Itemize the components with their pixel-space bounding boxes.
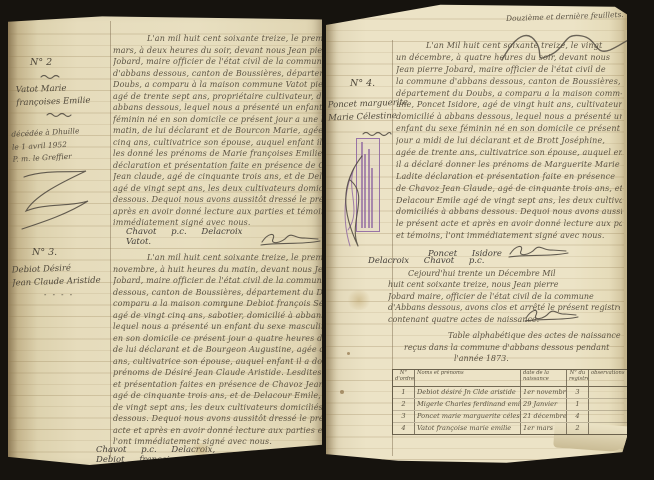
handwritten-line: Cejourd'hui trente un Décembre Mil	[388, 268, 620, 279]
handwritten-line: il a déclaré donner les prénoms de Margu…	[396, 159, 622, 171]
handwritten-line: les donné les prénoms de Marie françoise…	[113, 148, 323, 160]
act3-body: L'an mil huit cent soixante treize, le p…	[113, 252, 325, 448]
act4-witness-names: Delacroix Chavot p.c.	[368, 256, 484, 266]
act3-margin-names: Debiot DésiréJean Claude Aristide	[12, 261, 101, 290]
act4-signature-2: Delacroix Chavot p.c.	[368, 256, 484, 266]
handwritten-line: Jean pierre Jobard, maire officier de l'…	[396, 64, 622, 76]
handwritten-line: Table alphabétique des actes de naissanc…	[404, 330, 630, 342]
jobard-signature-icon	[508, 243, 570, 259]
handwritten-line: agé de vingt sept ans, les deux cultivat…	[113, 183, 323, 195]
handwritten-line: l'année 1873.	[404, 353, 630, 365]
handwritten-line: ans, cultivatrice son épouse, auquel enf…	[113, 356, 325, 368]
handwritten-line: agé de cinquante trois ans, et de Delaco…	[113, 390, 325, 402]
act2-signatures: Chavot p.c. Delacroix Vatot.	[126, 227, 322, 247]
column-header-order: N° d'ordre	[393, 370, 415, 386]
table-cell: 3	[393, 411, 415, 422]
foxing-dot	[347, 352, 350, 355]
handwritten-line: prénoms de Désiré Jean Claude Aristide. …	[113, 367, 325, 379]
handwritten-line: agée de trente ans, cultivatrice son épo…	[396, 147, 622, 159]
handwritten-line: matin, de lui déclarant et de Bourcon Ma…	[113, 125, 323, 137]
handwritten-line: agé de vingt cinq ans, sabotier, domicil…	[113, 310, 325, 322]
act2-death-mention: décédée à Dhuillele 1 avril 1952P. m. le…	[11, 125, 81, 166]
handwritten-line: agé de trente sept ans, propriétaire cul…	[113, 91, 323, 103]
jobard-signature-icon	[260, 231, 322, 247]
table-cell: Poncet marie marguerite célestine	[415, 411, 521, 422]
handwritten-line: contenant quatre actes de naissance.	[388, 314, 620, 325]
handwritten-line: Jean claude, agé de cinquante trois ans,…	[113, 171, 323, 183]
handwritten-line: une, Poncet Isidore, agé de vingt huit a…	[396, 99, 622, 111]
handwritten-line: Jobard, maire officier de l'état civil d…	[113, 275, 325, 287]
handwritten-line: déclaration et présentation faite en pré…	[113, 160, 323, 172]
table-cell: 1	[393, 387, 415, 398]
act2-signature-names: Chavot p.c. Delacroix Vatot.	[126, 227, 254, 247]
table-cell	[589, 423, 629, 434]
handwritten-line: de Chavoz Jean Claude, agé de cinquante …	[396, 183, 622, 195]
table-cell: 1	[567, 399, 589, 410]
table-cell	[589, 399, 629, 410]
handwritten-line: mars, à deux heures du soir, devant nous…	[113, 45, 323, 57]
handwritten-line: Jobard, maire officier de l'état civil d…	[113, 56, 323, 68]
act2-margin-names: Vatot Mariefrançoises Emilie	[16, 82, 91, 111]
table-body: 1Debiot désiré Jn Clde aristide1er novem…	[393, 387, 629, 434]
stamp-paraph-icon	[328, 150, 378, 250]
handwritten-line: domicilié à abbans dessous, lequel nous …	[396, 111, 622, 123]
handwritten-line: françoises Emilie	[16, 95, 91, 111]
wave-mark-icon	[46, 111, 72, 118]
table-cell	[589, 387, 629, 398]
act3-signature-names: Chavot p.c. Delacroix, Debiot françois	[96, 445, 254, 465]
greffier-paraph-icon	[16, 167, 94, 233]
table-cell: 2	[567, 423, 589, 434]
handwritten-line: dessous, canton de Boussières, départeme…	[113, 287, 325, 299]
foxing-dot	[224, 305, 227, 308]
handwritten-line: abbans dessous, lequel nous a présenté u…	[113, 102, 323, 114]
table-cell: Migerle Charles ferdinand emile	[415, 399, 521, 410]
handwritten-line: Jobard maire, officier de l'état civil d…	[388, 291, 620, 302]
handwritten-line: novembre, à huit heures du matin, devant…	[113, 264, 325, 276]
handwritten-line: L'an mil huit cent soixante treize, le p…	[113, 252, 325, 264]
act2-body: L'an mil huit cent soixante treize, le p…	[113, 33, 323, 229]
wave-mark-icon	[40, 73, 62, 80]
table-cell: 3	[567, 387, 589, 398]
paper-stain	[346, 290, 372, 310]
handwritten-line: cinq ans, cultivatrice son épouse, auque…	[113, 137, 323, 149]
jobard-signature-icon	[260, 449, 322, 465]
handwritten-line: reçus dans la commune d'abbans dessous p…	[404, 342, 630, 354]
table-cell: 4	[393, 423, 415, 434]
handwritten-line: L'an mil huit cent soixante treize, le p…	[113, 33, 323, 45]
table-cell: 2	[393, 399, 415, 410]
handwritten-line: département du Doubs, a comparu a la mai…	[396, 88, 622, 100]
table-cell	[589, 411, 629, 422]
handwritten-line: un décembre, à quatre heures du soir, de…	[396, 52, 622, 64]
table-cell: 29 Janvier	[521, 399, 567, 410]
table-header-row: N° d'ordre Noms et prénoms date de la na…	[393, 370, 629, 387]
folio-note: Douzième et dernière feuillets.	[506, 10, 624, 23]
handwritten-line: et présentation faites en présence de Ch…	[113, 379, 325, 391]
table-cell: 4	[567, 411, 589, 422]
register-photo: N° 2 Vatot Mariefrançoises Emilie décédé…	[0, 0, 654, 480]
handwritten-line: Ladite déclaration et présentation faite…	[396, 171, 622, 183]
table-cell: Vatot françoise marie emilie	[415, 423, 521, 434]
act3-margin-dashes: - - - -	[44, 291, 74, 299]
closing-statement: Cejourd'hui trente un Décembre Milhuit c…	[388, 268, 620, 325]
margin-rule	[110, 21, 111, 457]
handwritten-line: dessous. Dequoi nous avons aussitôt dres…	[113, 194, 323, 206]
handwritten-line: et témoins, l'ont immédiatement signé av…	[396, 230, 622, 242]
wave-mark-icon	[362, 130, 392, 137]
handwritten-line: dessous. Dequoi nous avons aussitôt dres…	[113, 413, 325, 425]
column-header-birthdate: date de la naissance	[521, 370, 567, 386]
act3-margin-number: N° 3.	[32, 247, 57, 258]
column-header-names: Noms et prénoms	[415, 370, 521, 386]
column-header-register: N° du registre	[567, 370, 589, 386]
left-page: N° 2 Vatot Mariefrançoises Emilie décédé…	[8, 15, 322, 465]
handwritten-line: domiciliés à abbans dessous. Dequoi nous…	[396, 206, 622, 218]
table-row: 3Poncet marie marguerite célestine21 déc…	[393, 411, 629, 423]
handwritten-line: jour a midi de lui déclarant et de Brott…	[396, 135, 622, 147]
handwritten-line: lequel nous a présenté un enfant du sexe…	[113, 321, 325, 333]
handwritten-line: comparu a la maison commune Debiot franç…	[113, 298, 325, 310]
handwritten-line: après en avoir donné lecture aux parties…	[113, 206, 323, 218]
handwritten-line: huit cent soixante treize, nous Jean pie…	[388, 279, 620, 290]
handwritten-line: enfant du sexe féminin né en son domicil…	[396, 123, 622, 135]
act2-margin-number: N° 2	[30, 57, 52, 68]
handwritten-line: de lui déclarant et de Bourgeon Augustin…	[113, 344, 325, 356]
handwritten-line: d'abbans dessous, canton de Boussières, …	[113, 68, 323, 80]
handwritten-line: Jean Claude Aristide	[12, 274, 101, 290]
handwritten-line: féminin né en son domicile ce présent jo…	[113, 114, 323, 126]
table-row: 1Debiot désiré Jn Clde aristide1er novem…	[393, 387, 629, 399]
handwritten-line: Delacour Emile agé de vingt sept ans, le…	[396, 195, 622, 207]
table-row: 2Migerle Charles ferdinand emile29 Janvi…	[393, 399, 629, 411]
handwritten-line: en son domicile ce présent jour a quatre…	[113, 333, 325, 345]
birth-acts-table: N° d'ordre Noms et prénoms date de la na…	[392, 369, 630, 435]
handwritten-line: de vingt sept ans, les deux cultivateurs…	[113, 402, 325, 414]
foxing-dot	[340, 390, 344, 394]
table-row: 4Vatot françoise marie emilie1er mars2	[393, 423, 629, 434]
handwritten-line: acte et après en avoir donné lecture aux…	[113, 425, 325, 437]
column-header-observations: observations	[589, 370, 629, 386]
handwritten-line: la commune d'abbans dessous, canton de B…	[396, 76, 622, 88]
table-cell: 21 décembre	[521, 411, 567, 422]
handwritten-line: L'an Mil huit cent soixante treize, le v…	[396, 40, 622, 52]
handwritten-line: Doubs, a comparu à la maison commune Vat…	[113, 79, 323, 91]
handwritten-line: d'Abbans dessous, avons clos et arrêté l…	[388, 302, 620, 313]
act3-signatures: Chavot p.c. Delacroix, Debiot françois	[96, 445, 322, 465]
table-cell: 1er novembre	[521, 387, 567, 398]
handwritten-line: P. m. le Greffier	[12, 150, 81, 166]
right-page: Douzième et dernière feuillets. N° 4. Po…	[326, 0, 627, 480]
table-cell: Debiot désiré Jn Clde aristide	[415, 387, 521, 398]
table-cell: 1er mars	[521, 423, 567, 434]
handwritten-line: le présent acte et après en avoir donné …	[396, 218, 622, 230]
act4-margin-number: N° 4.	[350, 78, 375, 89]
act4-body: L'an Mil huit cent soixante treize, le v…	[396, 40, 622, 242]
table-title: Table alphabétique des actes de naissanc…	[404, 330, 630, 365]
jobard-signature-icon	[524, 306, 579, 324]
